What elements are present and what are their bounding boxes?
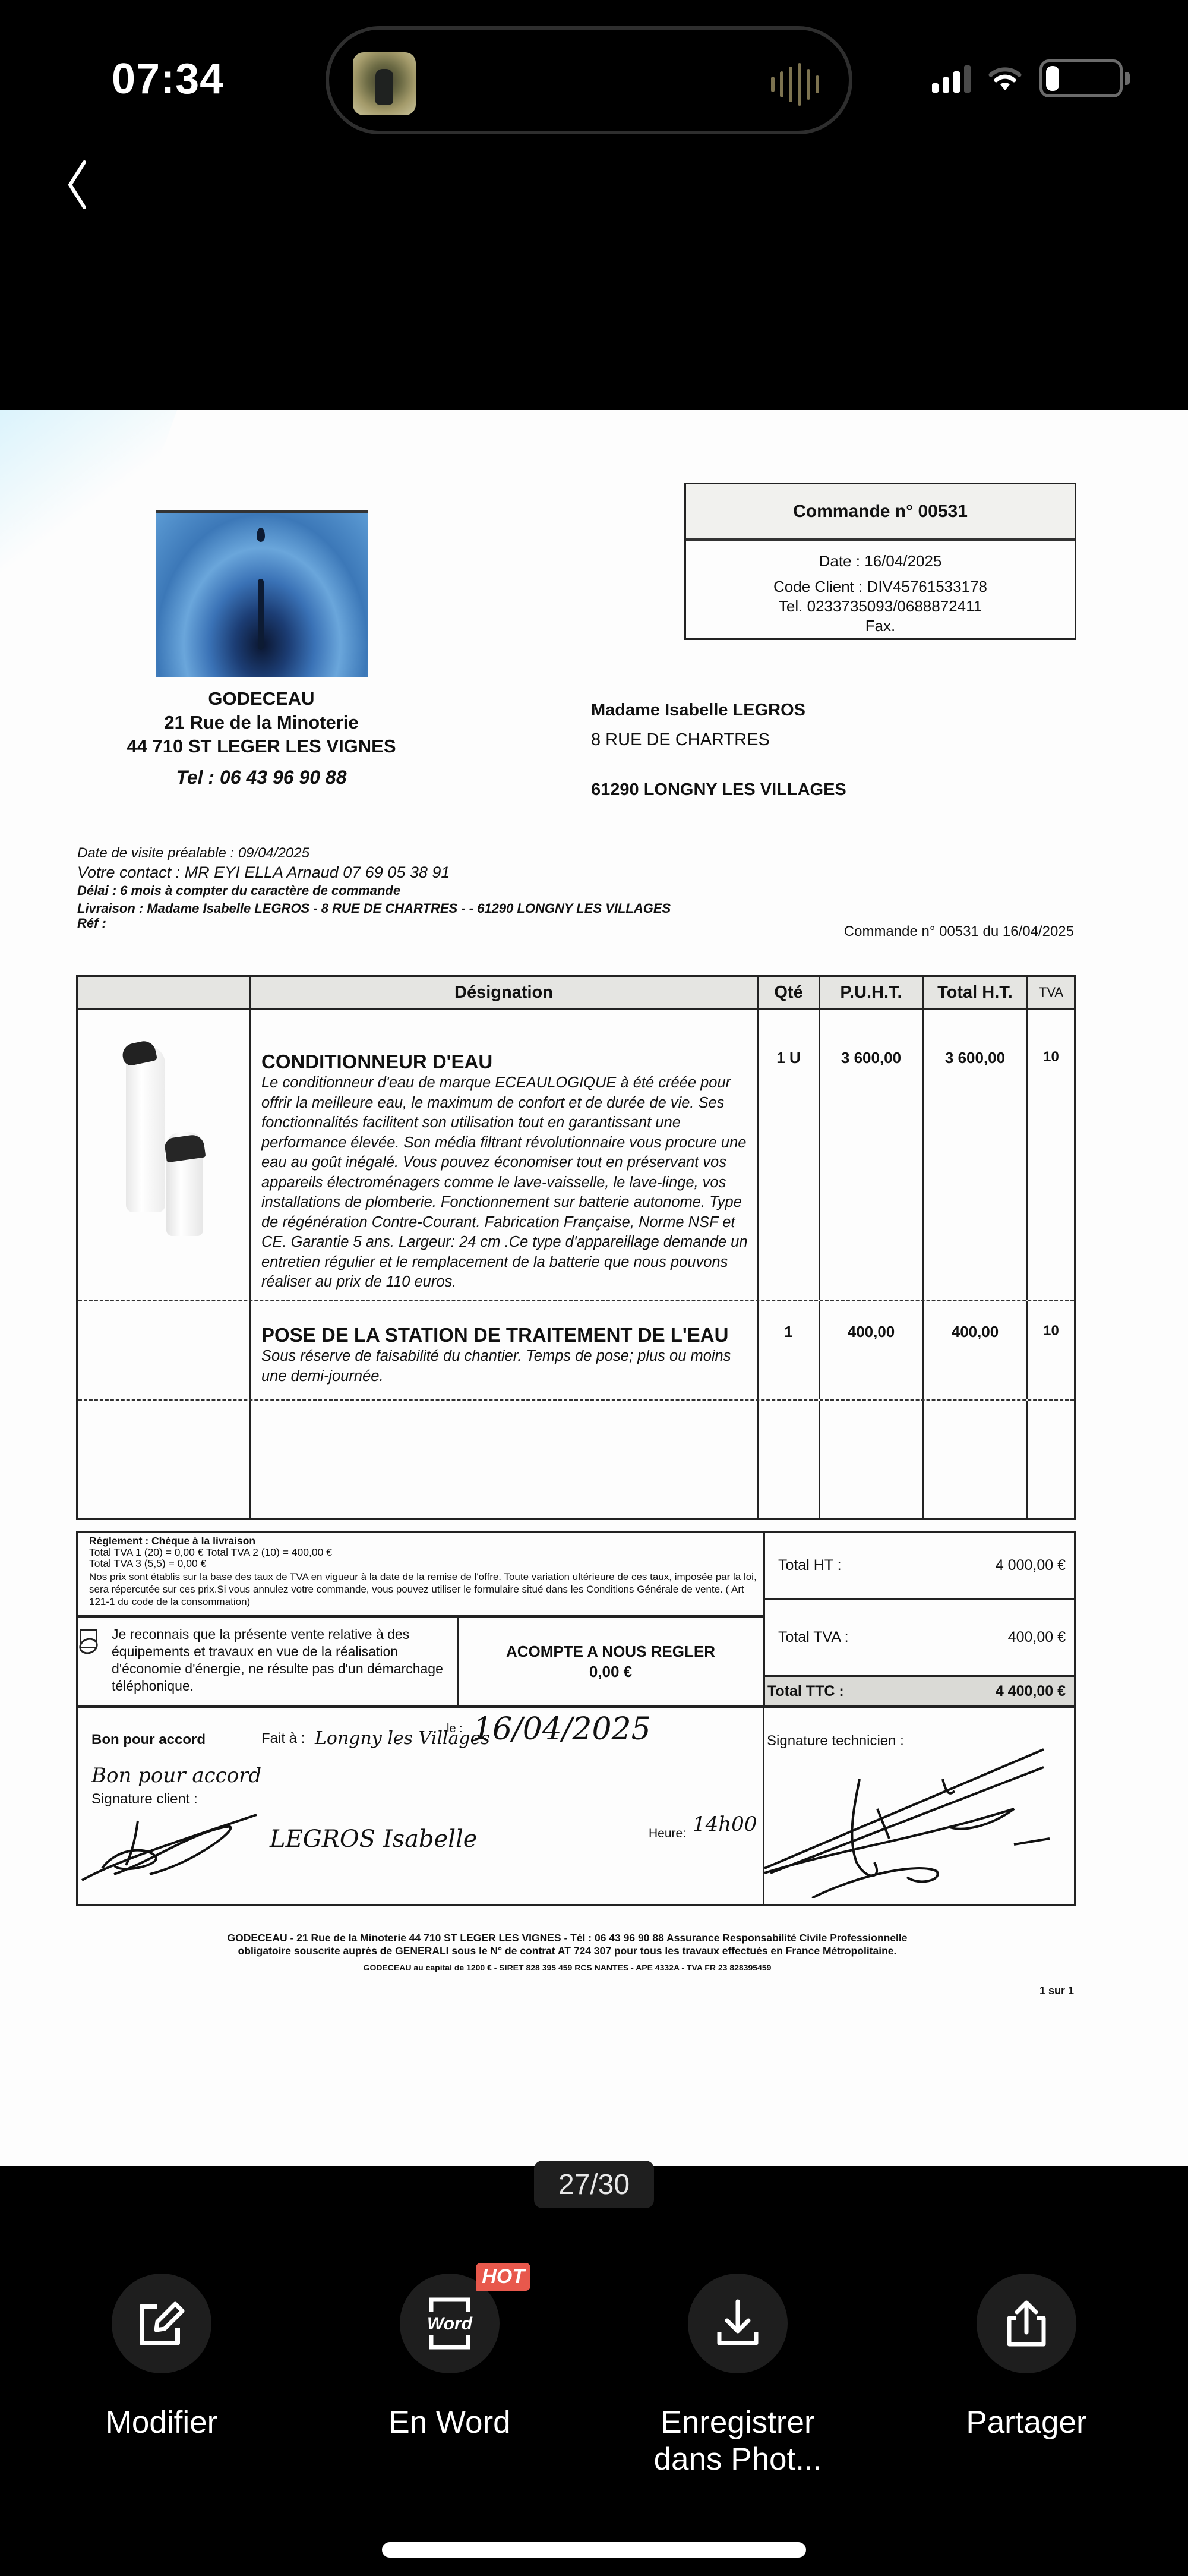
order-date: Date : 16/04/2025 [686, 551, 1075, 571]
document-page[interactable]: GODECEAU 21 Rue de la Minoterie 44 710 S… [0, 410, 1188, 2166]
water-softener-product-image [78, 1010, 251, 1300]
word-icon: Word [423, 2294, 476, 2353]
convert-to-word-button[interactable]: Word HOT En Word [361, 2274, 539, 2441]
technician-signature-scribble [764, 1743, 1073, 1898]
save-to-photos-button[interactable]: Enregistrer dans Phot... [649, 2274, 827, 2478]
totals-box: Total HT : 4 000,00 € Total TVA : 400,00… [763, 1533, 1074, 1705]
svg-text:Word: Word [427, 2314, 473, 2334]
client-fax: Fax. [686, 616, 1075, 636]
battery-icon [1039, 59, 1123, 97]
share-button[interactable]: Partager [937, 2274, 1116, 2441]
table-row: POSE DE LA STATION DE TRAITEMENT DE L'EA… [78, 1301, 1074, 1401]
summary-block: Réglement : Chèque à la livraison Total … [76, 1531, 1076, 1906]
share-icon [1000, 2297, 1053, 2350]
document-footer: GODECEAU - 21 Rue de la Minoterie 44 710… [166, 1931, 968, 1974]
technician-signature-area: Signature technicien : [763, 1708, 1074, 1904]
edit-icon [135, 2297, 188, 2350]
dynamic-island[interactable] [326, 26, 852, 134]
order-info-box: Commande n° 00531 Date : 16/04/2025 Code… [684, 483, 1076, 640]
reference: Réf : [77, 917, 671, 929]
table-row: CONDITIONNEUR D'EAU Le conditionneur d'e… [78, 1010, 1074, 1301]
visit-date: Date de visite préalable : 09/04/2025 [77, 844, 671, 863]
edit-button[interactable]: Modifier [72, 2274, 251, 2441]
total-ht: Total HT : 4 000,00 € [765, 1533, 1074, 1600]
order-number: Commande n° 00531 [686, 484, 1075, 541]
total-ttc: Total TTC : 4 400,00 € [765, 1677, 1074, 1705]
page-number: 1 sur 1 [1039, 1985, 1074, 1997]
company-address: GODECEAU 21 Rue de la Minoterie 44 710 S… [95, 687, 428, 789]
company-logo-water-drop [156, 510, 368, 677]
system-status-icons [932, 59, 1123, 97]
back-chevron-icon[interactable] [53, 152, 101, 217]
order-reference: Commande n° 00531 du 16/04/2025 [844, 923, 1074, 940]
client-signature-scribble [78, 1809, 268, 1886]
items-table: Désignation Qté P.U.H.T. Total H.T. TVA … [76, 975, 1076, 1520]
recipient-address: Madame Isabelle LEGROS 8 RUE DE CHARTRES… [591, 695, 846, 805]
home-indicator[interactable] [382, 2542, 806, 2558]
audio-waveform-icon [771, 63, 819, 106]
payment-terms: Réglement : Chèque à la livraison Total … [78, 1533, 763, 1618]
acknowledgement: Je reconnais que la présente vente relat… [78, 1618, 459, 1705]
delivery: Livraison : Madame Isabelle LEGROS - 8 R… [77, 900, 671, 917]
hot-badge: HOT [476, 2263, 530, 2291]
cellular-signal-icon [932, 64, 971, 93]
wifi-icon [988, 65, 1022, 92]
table-header: Désignation Qté P.U.H.T. Total H.T. TVA [78, 977, 1074, 1010]
status-time: 07:34 [112, 55, 224, 103]
client-tel: Tel. 0233735093/0688872411 [686, 597, 1075, 616]
page-counter: 27/30 [534, 2161, 654, 2208]
deposit: ACOMPTE A NOUS REGLER 0,00 € [459, 1618, 763, 1705]
total-tva: Total TVA : 400,00 € [765, 1600, 1074, 1677]
delay: Délai : 6 mois à compter du caractère de… [77, 882, 671, 900]
contact: Votre contact : MR EYI ELLA Arnaud 07 69… [77, 863, 671, 882]
download-icon [711, 2297, 764, 2350]
client-signature-area: Bon pour accord Fait à : Longny les Vill… [78, 1708, 763, 1904]
order-meta: Date de visite préalable : 09/04/2025 Vo… [77, 844, 671, 929]
client-code: Code Client : DIV45761533178 [686, 577, 1075, 597]
acknowledgement-checkbox[interactable] [80, 1629, 97, 1648]
now-playing-thumbnail [353, 52, 416, 115]
signature-area: Bon pour accord Fait à : Longny les Vill… [78, 1705, 1074, 1904]
table-row-empty [78, 1401, 1074, 1518]
